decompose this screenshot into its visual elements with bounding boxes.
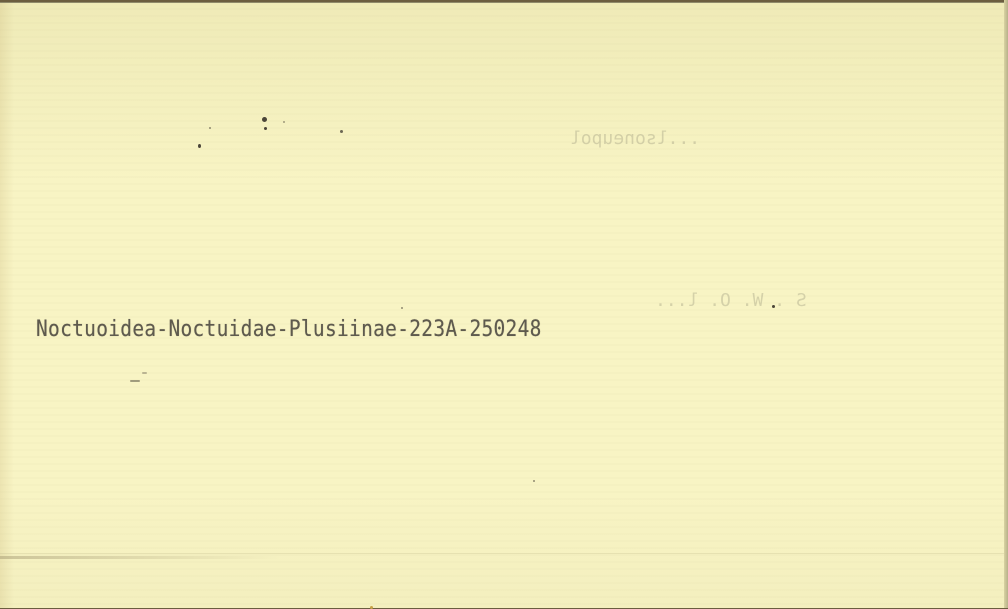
ink-smudge xyxy=(142,372,147,374)
ink-speck xyxy=(533,480,535,482)
bleed-through-text-middle: S . W. O. l... xyxy=(655,290,807,311)
ink-speck xyxy=(264,127,267,130)
ink-speck xyxy=(340,130,343,133)
card-crease xyxy=(0,553,1004,554)
ink-speck xyxy=(262,117,267,122)
card-crease-shadow xyxy=(0,556,280,559)
ink-speck xyxy=(401,307,403,309)
bleed-through-text-top: ...lsoneupol xyxy=(570,128,700,149)
ink-speck xyxy=(772,305,775,308)
ink-smudge xyxy=(130,380,140,382)
ink-speck xyxy=(198,144,201,148)
ink-speck xyxy=(283,121,285,123)
card-right-edge xyxy=(1004,0,1008,608)
ink-speck xyxy=(209,127,211,129)
taxonomy-label: Noctuoidea-Noctuidae-Plusiinae-223A-2502… xyxy=(36,316,542,342)
index-card: ...lsoneupol S . W. O. l... Noctuoidea-N… xyxy=(0,2,1004,608)
